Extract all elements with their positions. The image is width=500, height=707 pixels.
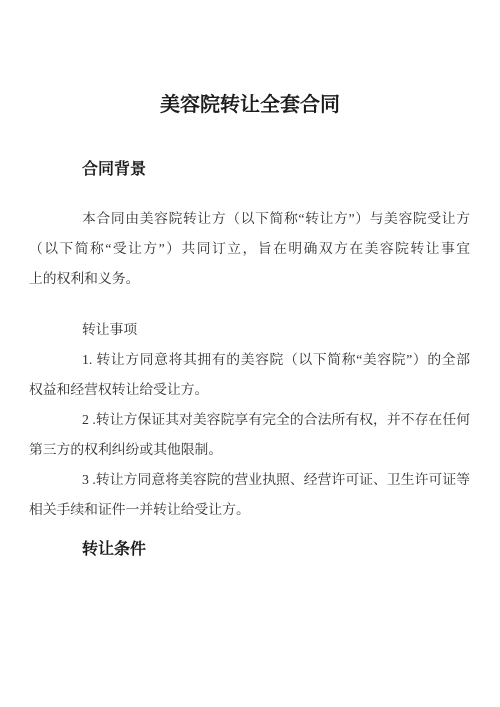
background-paragraph: 本合同由美容院转让方（以下简称“转让方”）与美容院受让方 （以下简称“受让方”）…: [29, 204, 470, 294]
section-heading-background: 合同背景: [82, 155, 146, 185]
list-line: 第三方的权利纠纷或其他限制。: [29, 435, 470, 465]
list-line: 相关手续和证件一并转让给受让方。: [29, 495, 470, 525]
subsection-heading-transfer-matters: 转让事项: [82, 315, 137, 345]
list-line: 3 .转让方同意将美容院的营业执照、经营许可证、卫生许可证等: [29, 465, 470, 495]
section-heading-conditions: 转让条件: [82, 535, 146, 565]
list-line: 2 .转让方保证其对美容院享有完全的合法所有权，并不存在任何: [29, 405, 470, 435]
document-page: 美容院转让全套合同 合同背景 本合同由美容院转让方（以下简称“转让方”）与美容院…: [0, 0, 500, 707]
paragraph-line: （以下简称“受让方”）共同订立，旨在明确双方在美容院转让事宜: [29, 234, 470, 264]
transfer-matters-list: 1. 转让方同意将其拥有的美容院（以下简称“美容院”）的全部 权益和经营权转让给…: [29, 345, 470, 525]
list-line: 1. 转让方同意将其拥有的美容院（以下简称“美容院”）的全部: [29, 345, 470, 375]
list-line: 权益和经营权转让给受让方。: [29, 375, 470, 405]
paragraph-line: 上的权利和义务。: [29, 264, 470, 294]
document-title: 美容院转让全套合同: [0, 90, 500, 120]
paragraph-line: 本合同由美容院转让方（以下简称“转让方”）与美容院受让方: [29, 204, 470, 234]
